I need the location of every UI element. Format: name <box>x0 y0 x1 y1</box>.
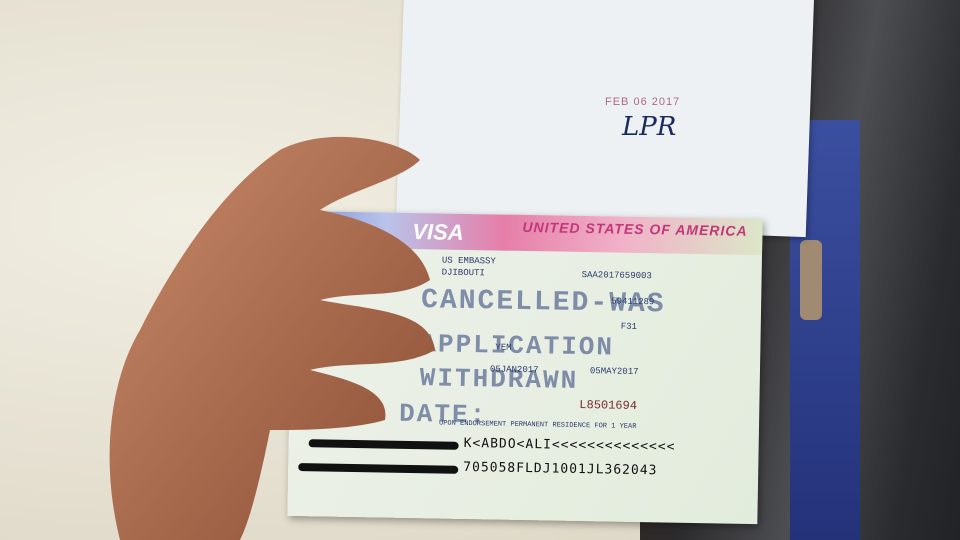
holding-hand <box>100 130 440 540</box>
expiry-date: 05MAY2017 <box>590 366 639 377</box>
mrz-line-1: K<ABDO<ALI<<<<<<<<<<<<<< <box>464 436 676 455</box>
cancel-stamp-line3: WITHDRAWN <box>420 363 579 396</box>
mrz-line-2: 705058FLDJ1001JL362043 <box>463 460 657 478</box>
visa-category: F31 <box>621 322 637 332</box>
issuing-city: DJIBOUTI <box>442 268 485 279</box>
handwritten-note: LPR <box>622 112 676 142</box>
cancel-stamp-line2: APPLICATION <box>420 329 614 362</box>
entry-stamp-date: FEB 06 2017 <box>605 96 680 108</box>
issuing-post: US EMBASSY <box>442 256 496 267</box>
passport-upper-page <box>396 0 814 237</box>
zipper-pull <box>800 240 822 320</box>
photo-scene: FEB 06 2017 LPR VISA UNITED STATES OF AM… <box>0 0 960 540</box>
cancel-stamp-line1: CANCELLED-WAS <box>421 285 666 320</box>
case-number: SAA2017659003 <box>582 270 652 281</box>
visa-number: L8501694 <box>579 398 637 413</box>
